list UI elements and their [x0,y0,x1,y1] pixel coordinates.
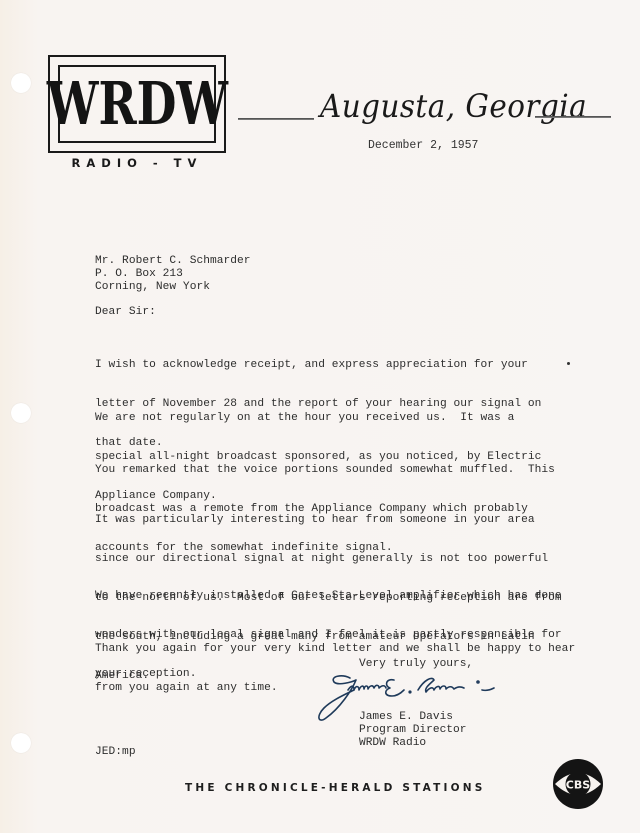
body-line: We are not regularly on at the hour you … [95,412,541,425]
cbs-eye-logo-icon: CBS [552,758,604,810]
radio-tv-subtitle: RADIO - TV [48,156,226,170]
station-call-letters: WRDW [46,75,227,134]
letter-page: WRDW RADIO - TV Augusta, Georgia Decembe… [0,0,640,833]
salutation: Dear Sir: [95,306,156,319]
letterhead-rule-left [238,118,314,120]
body-line: I wish to acknowledge receipt, and expre… [95,359,541,372]
signer-org: WRDW Radio [359,737,466,750]
letterhead-rule-right [535,116,611,118]
signer-title: Program Director [359,724,466,737]
body-line: It was particularly interesting to hear … [95,514,562,527]
punch-hole-middle [11,403,31,423]
signer-name: James E. Davis [359,711,466,724]
wrdw-logo-inner-frame: WRDW [58,65,216,143]
signer-block: James E. DavisProgram DirectorWRDW Radio [359,711,466,750]
svg-text:CBS: CBS [566,779,590,792]
punch-hole-top [11,73,31,93]
letter-date: December 2, 1957 [368,139,478,152]
recipient-address-line1: P. O. Box 213 [95,268,251,281]
recipient-block: Mr. Robert C. SchmarderP. O. Box 213Corn… [95,255,251,294]
wrdw-logo: WRDW [48,55,226,153]
reference-initials: JED:mp [95,746,136,759]
punch-hole-bottom [11,733,31,753]
recipient-name: Mr. Robert C. Schmarder [95,255,251,268]
body-line: You remarked that the voice portions sou… [95,464,555,477]
paper-speck [567,362,570,365]
footer-stations: THE CHRONICLE-HERALD STATIONS [185,782,486,794]
body-line: Thank you again for your very kind lette… [95,643,575,656]
body-line: We have recently installed a Gates Sta-L… [95,590,562,603]
recipient-address-line2: Corning, New York [95,281,251,294]
